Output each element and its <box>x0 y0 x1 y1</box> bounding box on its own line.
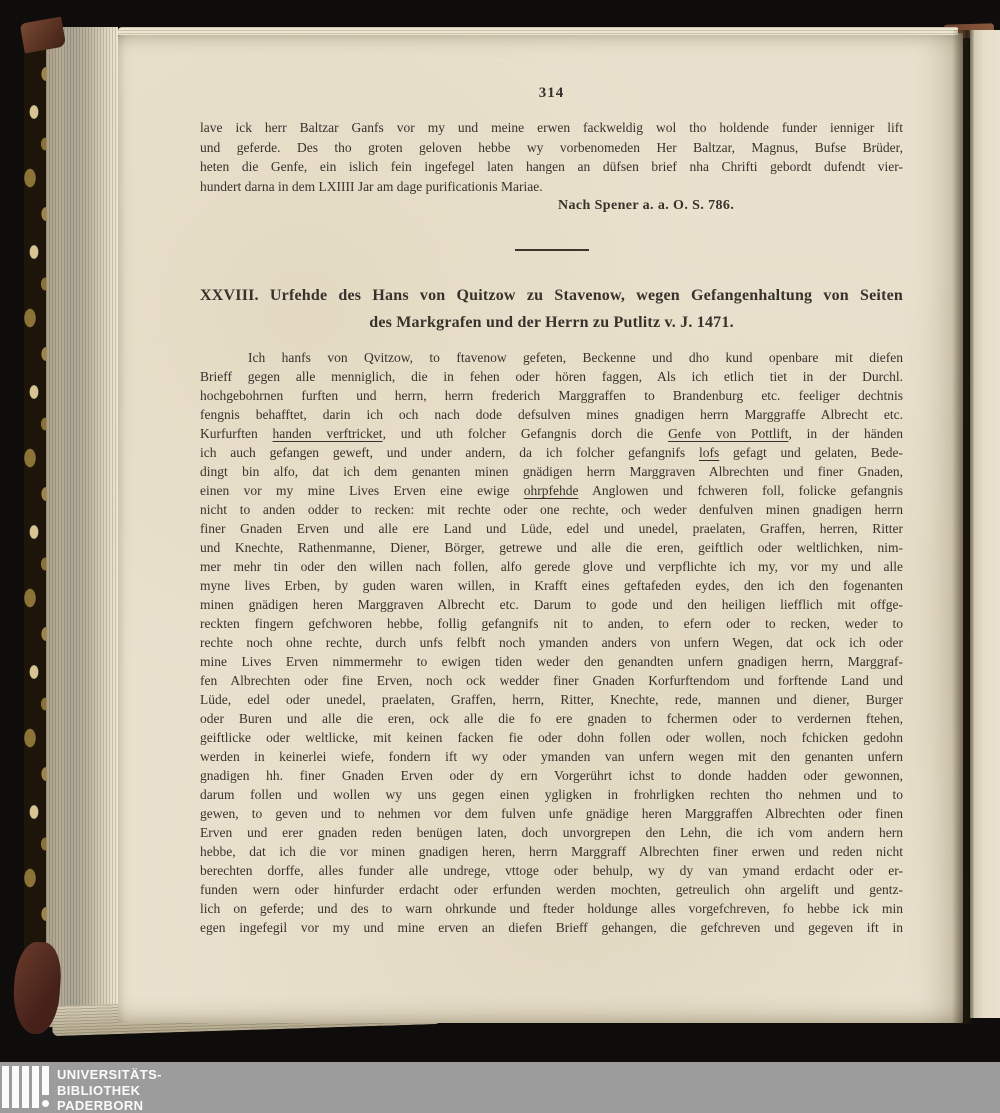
section-heading: XXVIII. Urfehde des Hans von Quitzow zu … <box>200 282 903 336</box>
text-line: gewen, to geven und to nehmen vor dem fu… <box>200 804 903 823</box>
text-line: hochgebohrnen furften und herrn, herrn f… <box>200 386 903 405</box>
book-scan-photo: 314 lave ick herr Baltzar Ganfs vor my u… <box>0 0 1000 1113</box>
library-logo-icon <box>2 1066 54 1110</box>
text-line: und Knechte, Rathenmanne, Diener, Börger… <box>200 538 903 557</box>
text-line: und geferde. Des tho groten geloven hebb… <box>200 138 903 158</box>
text-line: reckten fingern gefchworen hebbe, follig… <box>200 614 903 633</box>
library-name: UNIVERSITÄTS- BIBLIOTHEK PADERBORN <box>57 1067 162 1113</box>
section-divider-rule <box>515 249 589 252</box>
text-line: heten die Genfe, ein islich fein ingefeg… <box>200 157 903 177</box>
text-line: egen ingefegil vor my und mine erven an … <box>200 918 903 937</box>
text-line: hebbe, dat ich die vor minen gnadigen he… <box>200 842 903 861</box>
page-top-edge <box>118 27 958 35</box>
text-line: mer mehr tin oder den willen nach follen… <box>200 557 903 576</box>
text-line: fengnis behafftet, darin ich och nach do… <box>200 405 903 424</box>
section-heading-line-1: XXVIII. Urfehde des Hans von Quitzow zu … <box>200 282 903 309</box>
section-heading-line-2: des Markgrafen und der Herrn zu Putlitz … <box>200 309 903 336</box>
library-watermark-bar: UNIVERSITÄTS- BIBLIOTHEK PADERBORN <box>0 1062 1000 1113</box>
text-line: hundert darna in dem LXIIII Jar am dage … <box>200 177 903 197</box>
source-citation: Nach Spener a. a. O. S. 786. <box>200 196 903 216</box>
text-line: Ich hanfs von Qvitzow, to ftavenow gefet… <box>200 348 903 367</box>
text-line: dingt bin alfo, dat ich dem genanten min… <box>200 462 903 481</box>
text-line: minen gnädigen heren Marggraven Albrecht… <box>200 595 903 614</box>
book-gutter-shadow <box>952 30 974 1024</box>
body-paragraph: Ich hanfs von Qvitzow, to ftavenow gefet… <box>200 348 903 937</box>
text-line: fen Albrechten oder fine Erven, noch ock… <box>200 671 903 690</box>
library-name-line-2: BIBLIOTHEK <box>57 1083 162 1099</box>
text-line: geiftlicke oder weltlicke, mit keinen fa… <box>200 728 903 747</box>
text-line: Brieff gegen alle menniglich, die in feh… <box>200 367 903 386</box>
text-line: oder Buren und alle die eren, ock alle d… <box>200 709 903 728</box>
text-line: Kurfurften handen verftricket, und uth f… <box>200 424 903 443</box>
text-line: werden in keinerlei wiefe, fondern ift w… <box>200 747 903 766</box>
text-line: ich auch gefangen geweft, und under ande… <box>200 443 903 462</box>
library-name-line-1: UNIVERSITÄTS- <box>57 1067 162 1083</box>
page-content: 314 lave ick herr Baltzar Ganfs vor my u… <box>118 33 963 1023</box>
intro-paragraph: lave ick herr Baltzar Ganfs vor my und m… <box>200 118 903 196</box>
text-line: berechten dorffe, alles funder alle undr… <box>200 861 903 880</box>
text-line: nicht to anden odder to recken: mit rech… <box>200 500 903 519</box>
book-page: 314 lave ick herr Baltzar Ganfs vor my u… <box>118 33 963 1023</box>
text-line: finer Gnaden Erven und alle ere Land und… <box>200 519 903 538</box>
text-line: darum follen und wollen wy uns gegen ein… <box>200 785 903 804</box>
text-line: myne lives Erben, by guden waren willen,… <box>200 576 903 595</box>
page-number: 314 <box>200 33 903 102</box>
text-line: Erven und erer gnaden reden benügen late… <box>200 823 903 842</box>
text-line: gnadigen hh. finer Gnaden Erven oder dy … <box>200 766 903 785</box>
text-line: mine Lives Erven nimmermehr to ewigen ti… <box>200 652 903 671</box>
text-line: lave ick herr Baltzar Ganfs vor my und m… <box>200 118 903 138</box>
library-name-line-3: PADERBORN <box>57 1098 162 1113</box>
text-line: lich on geferde; und des to warn ohrkund… <box>200 899 903 918</box>
text-line: Lüde, edel oder unedel, praelaten, Graff… <box>200 690 903 709</box>
text-line: rechte noch ohne rechte, durch unfs felb… <box>200 633 903 652</box>
page-stack-edge <box>46 27 118 1027</box>
text-line: einen vor my mine Lives Erven eine ewige… <box>200 481 903 500</box>
text-line: funden wern oder hinfurder erdacht oder … <box>200 880 903 899</box>
facing-page-sliver <box>970 30 1000 1018</box>
